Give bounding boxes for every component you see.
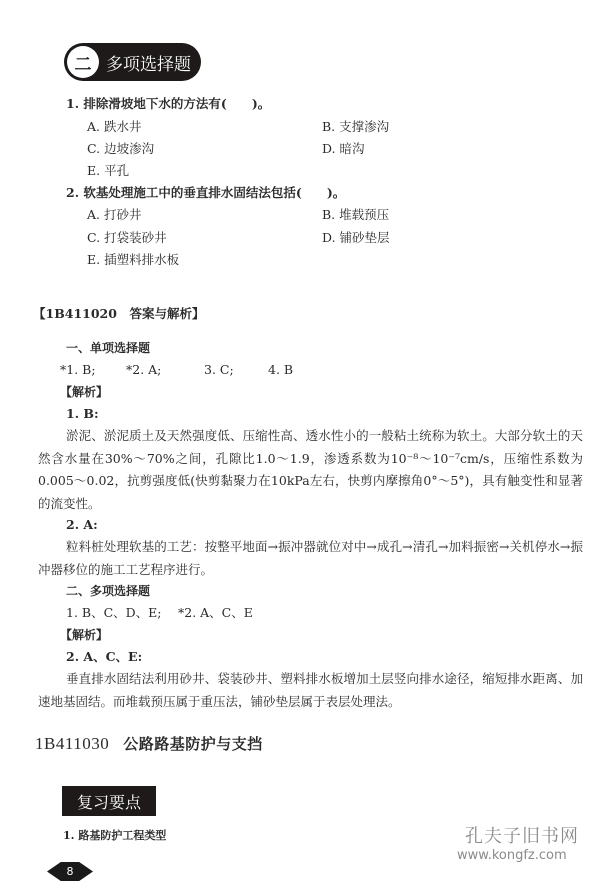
- question-1-option-d: D. 暗沟: [322, 141, 365, 157]
- question-1-option-a: A. 跌水井: [87, 119, 141, 135]
- multi-analysis-2-text: 垂直排水固结法利用砂井、袋装砂井、塑料排水板增加土层竖向排水途径，缩短排水距离、…: [38, 668, 583, 713]
- single-analysis-1-label: 1. B:: [66, 406, 99, 422]
- single-analysis-label: 【解析】: [60, 384, 108, 400]
- question-2-option-b: B. 堆载预压: [322, 207, 389, 223]
- watermark-url: www.kongfz.com: [457, 848, 567, 863]
- multi-analysis-label: 【解析】: [60, 627, 108, 643]
- question-1-option-e: E. 平孔: [87, 163, 129, 179]
- page-number: 8: [47, 862, 93, 881]
- question-2-option-a: A. 打砂井: [87, 207, 141, 223]
- question-1-option-c: C. 边坡渗沟: [87, 141, 154, 157]
- single-answer-2: *2. A;: [126, 362, 161, 378]
- question-1-stem: 1. 排除滑坡地下水的方法有( )。: [66, 96, 270, 112]
- next-section-heading: 1B411030公路路基防护与支挡: [35, 733, 263, 754]
- question-2-option-c: C. 打袋装砂井: [87, 230, 167, 246]
- next-section-title: 公路路基防护与支挡: [123, 735, 263, 753]
- section-title: 多项选择题: [106, 50, 191, 75]
- question-2-option-e: E. 插塑料排水板: [87, 252, 179, 268]
- question-2-option-d: D. 铺砂垫层: [322, 230, 390, 246]
- section-badge: 二 多项选择题: [64, 43, 201, 81]
- multi-answer-1: 1. B、C、D、E;: [66, 605, 162, 621]
- multi-analysis-2-label: 2. A、C、E:: [66, 649, 142, 665]
- section-number: 二: [67, 46, 99, 78]
- watermark-text: 孔夫子旧书网: [465, 822, 579, 848]
- single-choice-title: 一、单项选择题: [66, 340, 150, 356]
- single-analysis-2-text: 粒料桩处理软基的工艺：按整平地面→振冲器就位对中→成孔→清孔→加料振密→关机停水…: [38, 536, 583, 581]
- multi-choice-title: 二、多项选择题: [66, 583, 150, 599]
- single-answer-4: 4. B: [268, 362, 293, 378]
- single-answer-3: 3. C;: [204, 362, 234, 378]
- single-answer-1: *1. B;: [60, 362, 96, 378]
- question-2-stem: 2. 软基处理施工中的垂直排水固结法包括( )。: [66, 185, 345, 201]
- question-1-option-b: B. 支撑渗沟: [322, 119, 389, 135]
- single-analysis-2-label: 2. A:: [66, 517, 98, 533]
- next-section-code: 1B411030: [35, 734, 109, 753]
- next-section-first-item: 1. 路基防护工程类型: [63, 828, 166, 844]
- single-analysis-1-text: 淤泥、淤泥质土及天然强度低、压缩性高、透水性小的一般粘土统称为软土。大部分软土的…: [38, 425, 583, 515]
- answers-heading: 【1B411020 答案与解析】: [33, 306, 204, 322]
- review-points-box: 复习要点: [62, 786, 156, 816]
- multi-answer-2: *2. A、C、E: [178, 605, 253, 621]
